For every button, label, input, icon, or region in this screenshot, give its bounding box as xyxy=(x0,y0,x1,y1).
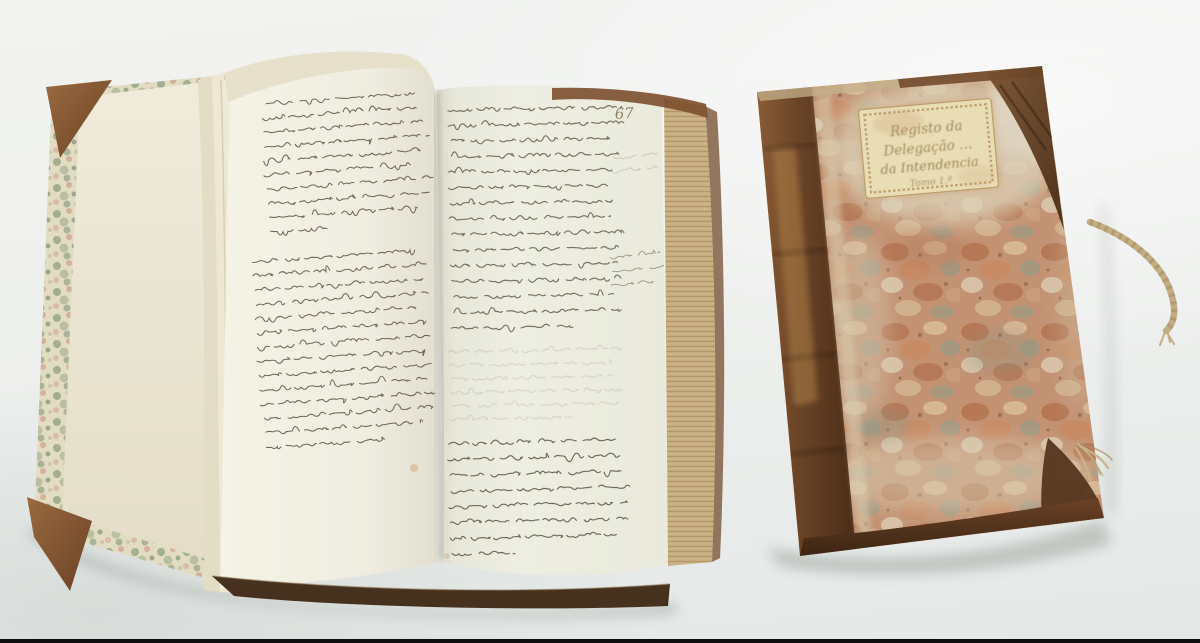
tie-cord-frayed-end xyxy=(1160,330,1174,345)
fore-edge-pages xyxy=(664,98,715,566)
cover-label: Registo da Delegação … da Intendencia To… xyxy=(856,96,1001,201)
photo-scene: 67 xyxy=(0,0,1200,643)
bottom-black-bar xyxy=(0,639,1200,643)
right-page xyxy=(437,85,668,575)
closed-marbled-book: Registo da Delegação … da Intendencia To… xyxy=(757,66,1174,575)
foxing-spot xyxy=(444,553,450,559)
open-manuscript-book: 67 xyxy=(27,51,724,617)
foxing-spot xyxy=(410,464,418,472)
page-number: 67 xyxy=(614,104,634,123)
photo-canvas: 67 xyxy=(0,0,1200,643)
marble-terracotta-vein xyxy=(890,232,970,268)
marble-green-vein xyxy=(859,409,911,441)
marble-green-vein xyxy=(966,330,1034,374)
left-page xyxy=(220,68,437,588)
